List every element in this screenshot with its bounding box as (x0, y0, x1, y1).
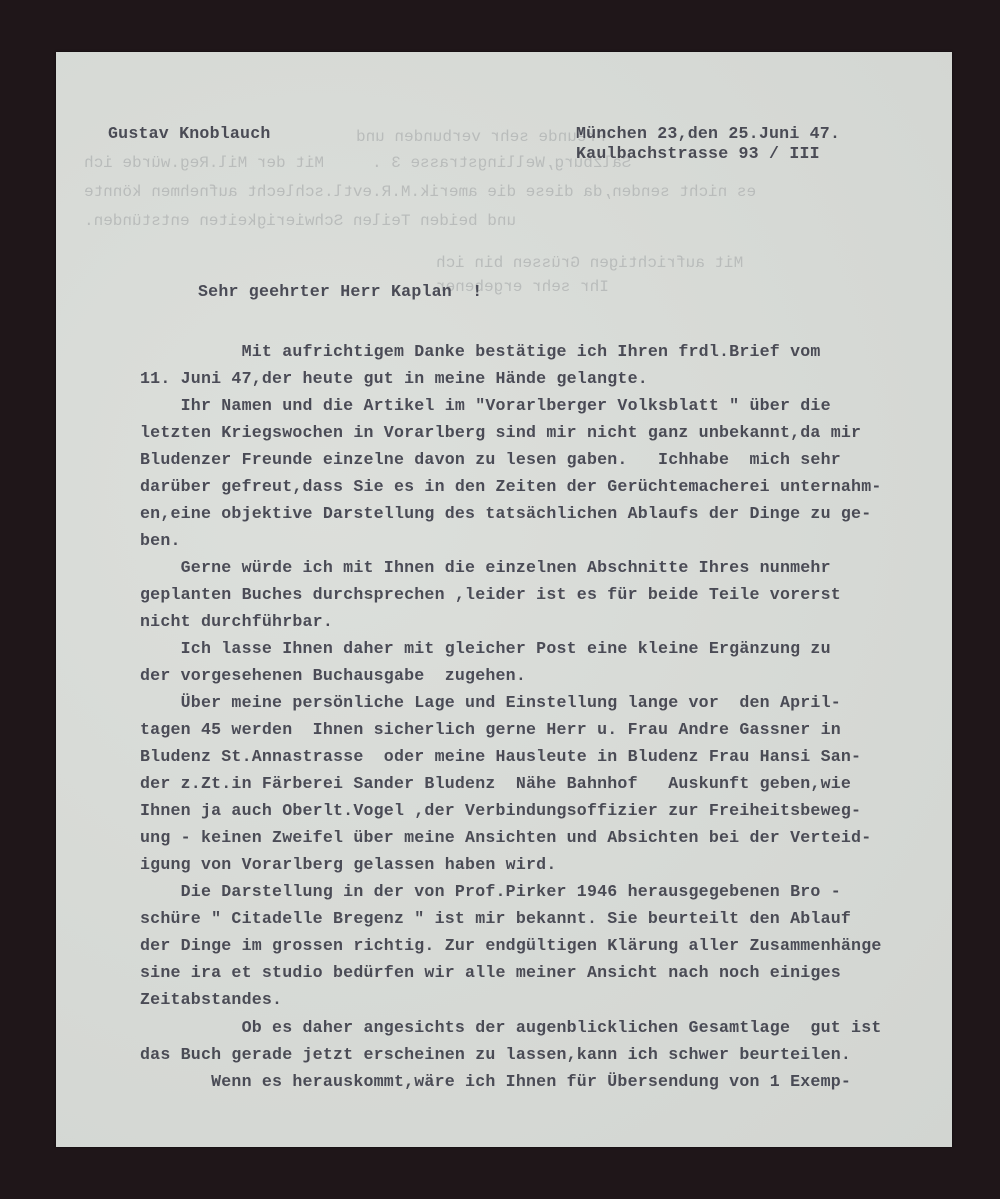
letter-page: Freunde sehr verbunden und Salzburg,Well… (56, 52, 952, 1147)
body-line: der Dinge im grossen richtig. Zur endgül… (140, 936, 882, 955)
body-line: tagen 45 werden Ihnen sicherlich gerne H… (140, 720, 841, 739)
body-line: nicht durchführbar. (140, 612, 333, 631)
body-line: Bludenz St.Annastrasse oder meine Hausle… (140, 747, 861, 766)
bleed-through-line: Mit aufrichtigen Grüssen bin ich (436, 254, 743, 272)
body-line: Ich lasse Ihnen daher mit gleicher Post … (140, 639, 831, 658)
body-line: Zeitabstandes. (140, 990, 282, 1009)
place-date: München 23,den 25.Juni 47. (576, 124, 840, 143)
body-line: Ihr Namen und die Artikel im "Vorarlberg… (140, 396, 831, 415)
body-line: darüber gefreut,dass Sie es in den Zeite… (140, 477, 882, 496)
bleed-through-line: Salzburg,Wellingstrasse 3 . Mit der Mil.… (84, 154, 631, 172)
sender-address: Kaulbachstrasse 93 / III (576, 144, 820, 163)
bleed-through-line: Freunde sehr verbunden und (356, 128, 606, 146)
body-line: Ob es daher angesichts der augenblicklic… (140, 1018, 882, 1037)
body-line: en,eine objektive Darstellung des tatsäc… (140, 504, 871, 523)
body-line: Über meine persönliche Lage und Einstell… (140, 693, 841, 712)
body-line: der z.Zt.in Färberei Sander Bludenz Nähe… (140, 774, 851, 793)
body-line: das Buch gerade jetzt erscheinen zu lass… (140, 1045, 851, 1064)
body-line: ben. (140, 531, 181, 550)
body-line: Gerne würde ich mit Ihnen die einzelnen … (140, 558, 831, 577)
body-line: schüre " Citadelle Bregenz " ist mir bek… (140, 909, 851, 928)
bleed-through-line: es nicht senden,da diese die amerik.M.R.… (84, 183, 756, 201)
body-line: Wenn es herauskommt,wäre ich Ihnen für Ü… (140, 1072, 851, 1091)
body-line: Mit aufrichtigem Danke bestätige ich Ihr… (140, 342, 821, 361)
body-line: sine ira et studio bedürfen wir alle mei… (140, 963, 841, 982)
body-line: letzten Kriegswochen in Vorarlberg sind … (140, 423, 861, 442)
body-line: Ihnen ja auch Oberlt.Vogel ,der Verbindu… (140, 801, 861, 820)
body-line: der vorgesehenen Buchausgabe zugehen. (140, 666, 526, 685)
body-line: 11. Juni 47,der heute gut in meine Hände… (140, 369, 648, 388)
sender-name: Gustav Knoblauch (108, 124, 271, 143)
body-line: ung - keinen Zweifel über meine Ansichte… (140, 828, 871, 847)
body-line: Bludenzer Freunde einzelne davon zu lese… (140, 450, 841, 469)
body-line: geplanten Buches durchsprechen ,leider i… (140, 585, 841, 604)
bleed-through-line: und beiden Teilen Schwierigkeiten entstü… (84, 212, 516, 230)
salutation: Sehr geehrter Herr Kaplan ! (198, 282, 482, 301)
body-line: igung von Vorarlberg gelassen haben wird… (140, 855, 556, 874)
body-line: Die Darstellung in der von Prof.Pirker 1… (140, 882, 841, 901)
